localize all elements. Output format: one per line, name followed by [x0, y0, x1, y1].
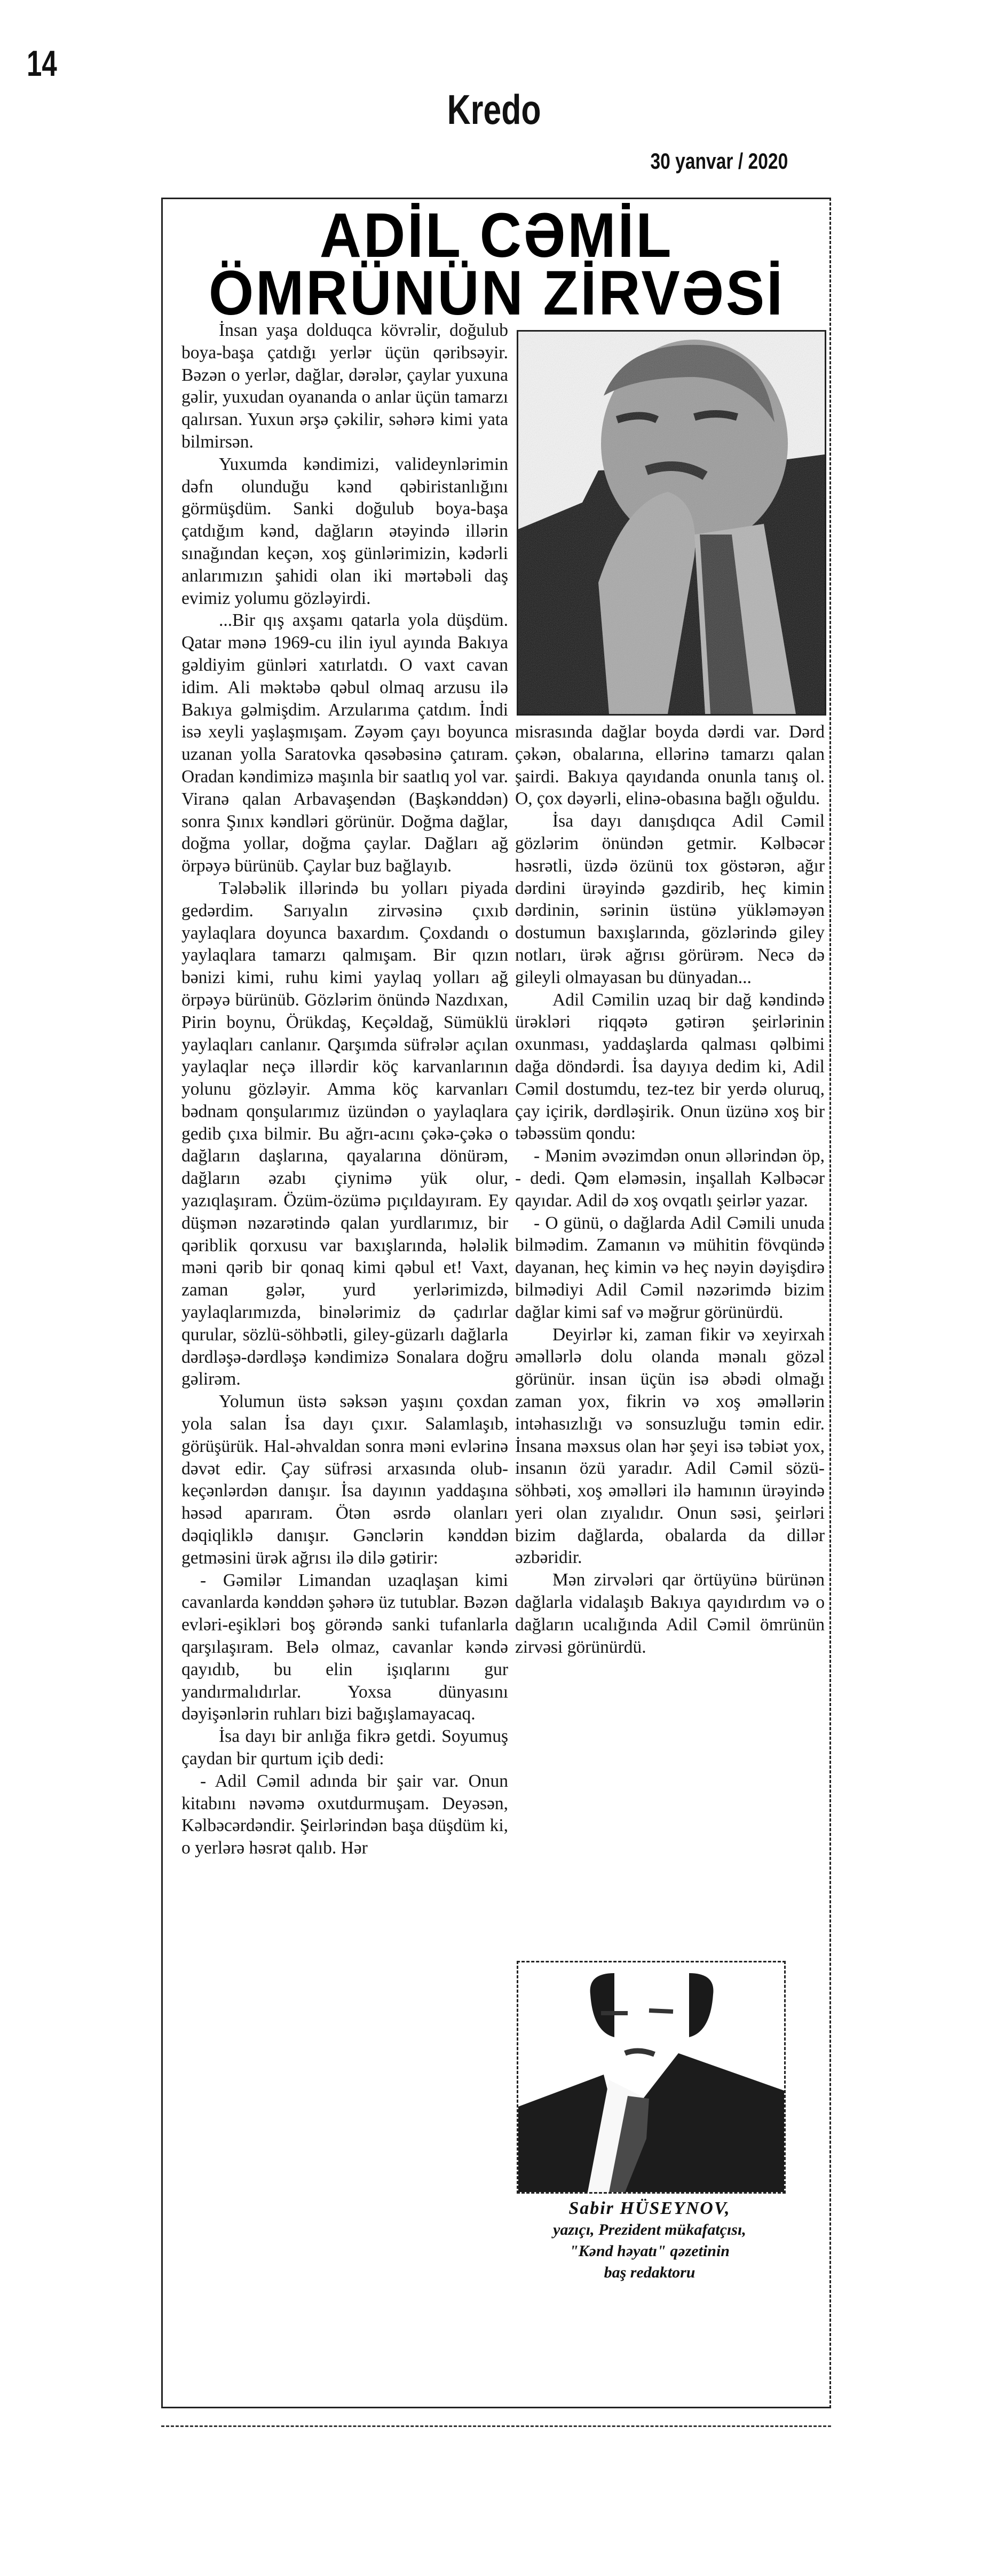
author-name: Sabir HÜSEYNOV, — [517, 2198, 783, 2219]
paragraph: Yuxumda kəndimizi, valideynlərimin dəfn … — [181, 453, 508, 610]
article-left-column: İnsan yaşa dolduqca kövrəlir, doğulub bo… — [181, 319, 508, 1859]
paragraph: Adil Cəmilin uzaq bir dağ kəndində ürəkl… — [515, 989, 825, 1145]
headline-line-2: ÖMRÜNÜN ZİRVƏSİ — [176, 262, 817, 325]
newspaper-name: Kredo — [447, 85, 541, 134]
newspaper-masthead: Kredo — [0, 85, 988, 134]
portrait-photo-sabir-huseynov — [517, 1961, 786, 2194]
frame-bottom-rule — [161, 2425, 831, 2427]
paragraph: İnsan yaşa dolduqca kövrəlir, doğulub bo… — [181, 319, 508, 453]
paragraph: ...Bir qış axşamı qatarla yola düşdüm. Q… — [181, 609, 508, 877]
dialog-paragraph: - O günü, o dağlarda Adil Cəmili unuda b… — [515, 1212, 825, 1324]
author-portrait-image-icon — [518, 1962, 784, 2192]
author-caption: Sabir HÜSEYNOV, yazıçı, Prezident mükafa… — [517, 2198, 783, 2283]
paragraph: Tələbəlik illərində bu yolları piyada ge… — [181, 877, 508, 1391]
dialog-paragraph: - Adil Cəmil adında bir şair var. Onun k… — [181, 1770, 508, 1859]
paragraph: İsa dayı danışdıqca Adil Cəmil gözlərim … — [515, 810, 825, 988]
author-title-line: baş redaktoru — [517, 2262, 783, 2283]
dialog-paragraph: - Mənim əvəzimdən onun əllərindən öp, - … — [515, 1145, 825, 1212]
author-title-line: "Kənd həyatı" qəzetinin — [517, 2241, 783, 2262]
dialog-paragraph: - Gəmilər Limandan uzaqlaşan kimi cavanl… — [181, 1569, 508, 1726]
paragraph: Yolumun üstə səksən yaşını çoxdan yola s… — [181, 1391, 508, 1569]
paragraph: Deyirlər ki, zaman fikir və xeyirxah əmə… — [515, 1324, 825, 1569]
paragraph: Mən zirvələri qar örtüyünə bürünən dağla… — [515, 1569, 825, 1658]
portrait-photo-adil-camil — [517, 330, 826, 716]
paragraph: İsa dayı bir anlığa fikrə getdi. Soyumuş… — [181, 1725, 508, 1770]
issue-date: 30 yanvar / 2020 — [650, 148, 788, 174]
portrait-image-icon — [518, 332, 825, 714]
page-number: 14 — [27, 43, 57, 84]
author-title-line: yazıçı, Prezident mükafatçısı, — [517, 2219, 783, 2241]
paragraph: misrasında dağlar boyda dərdi var. Dərd … — [515, 721, 825, 810]
article-right-column: misrasında dağlar boyda dərdi var. Dərd … — [515, 721, 825, 1658]
